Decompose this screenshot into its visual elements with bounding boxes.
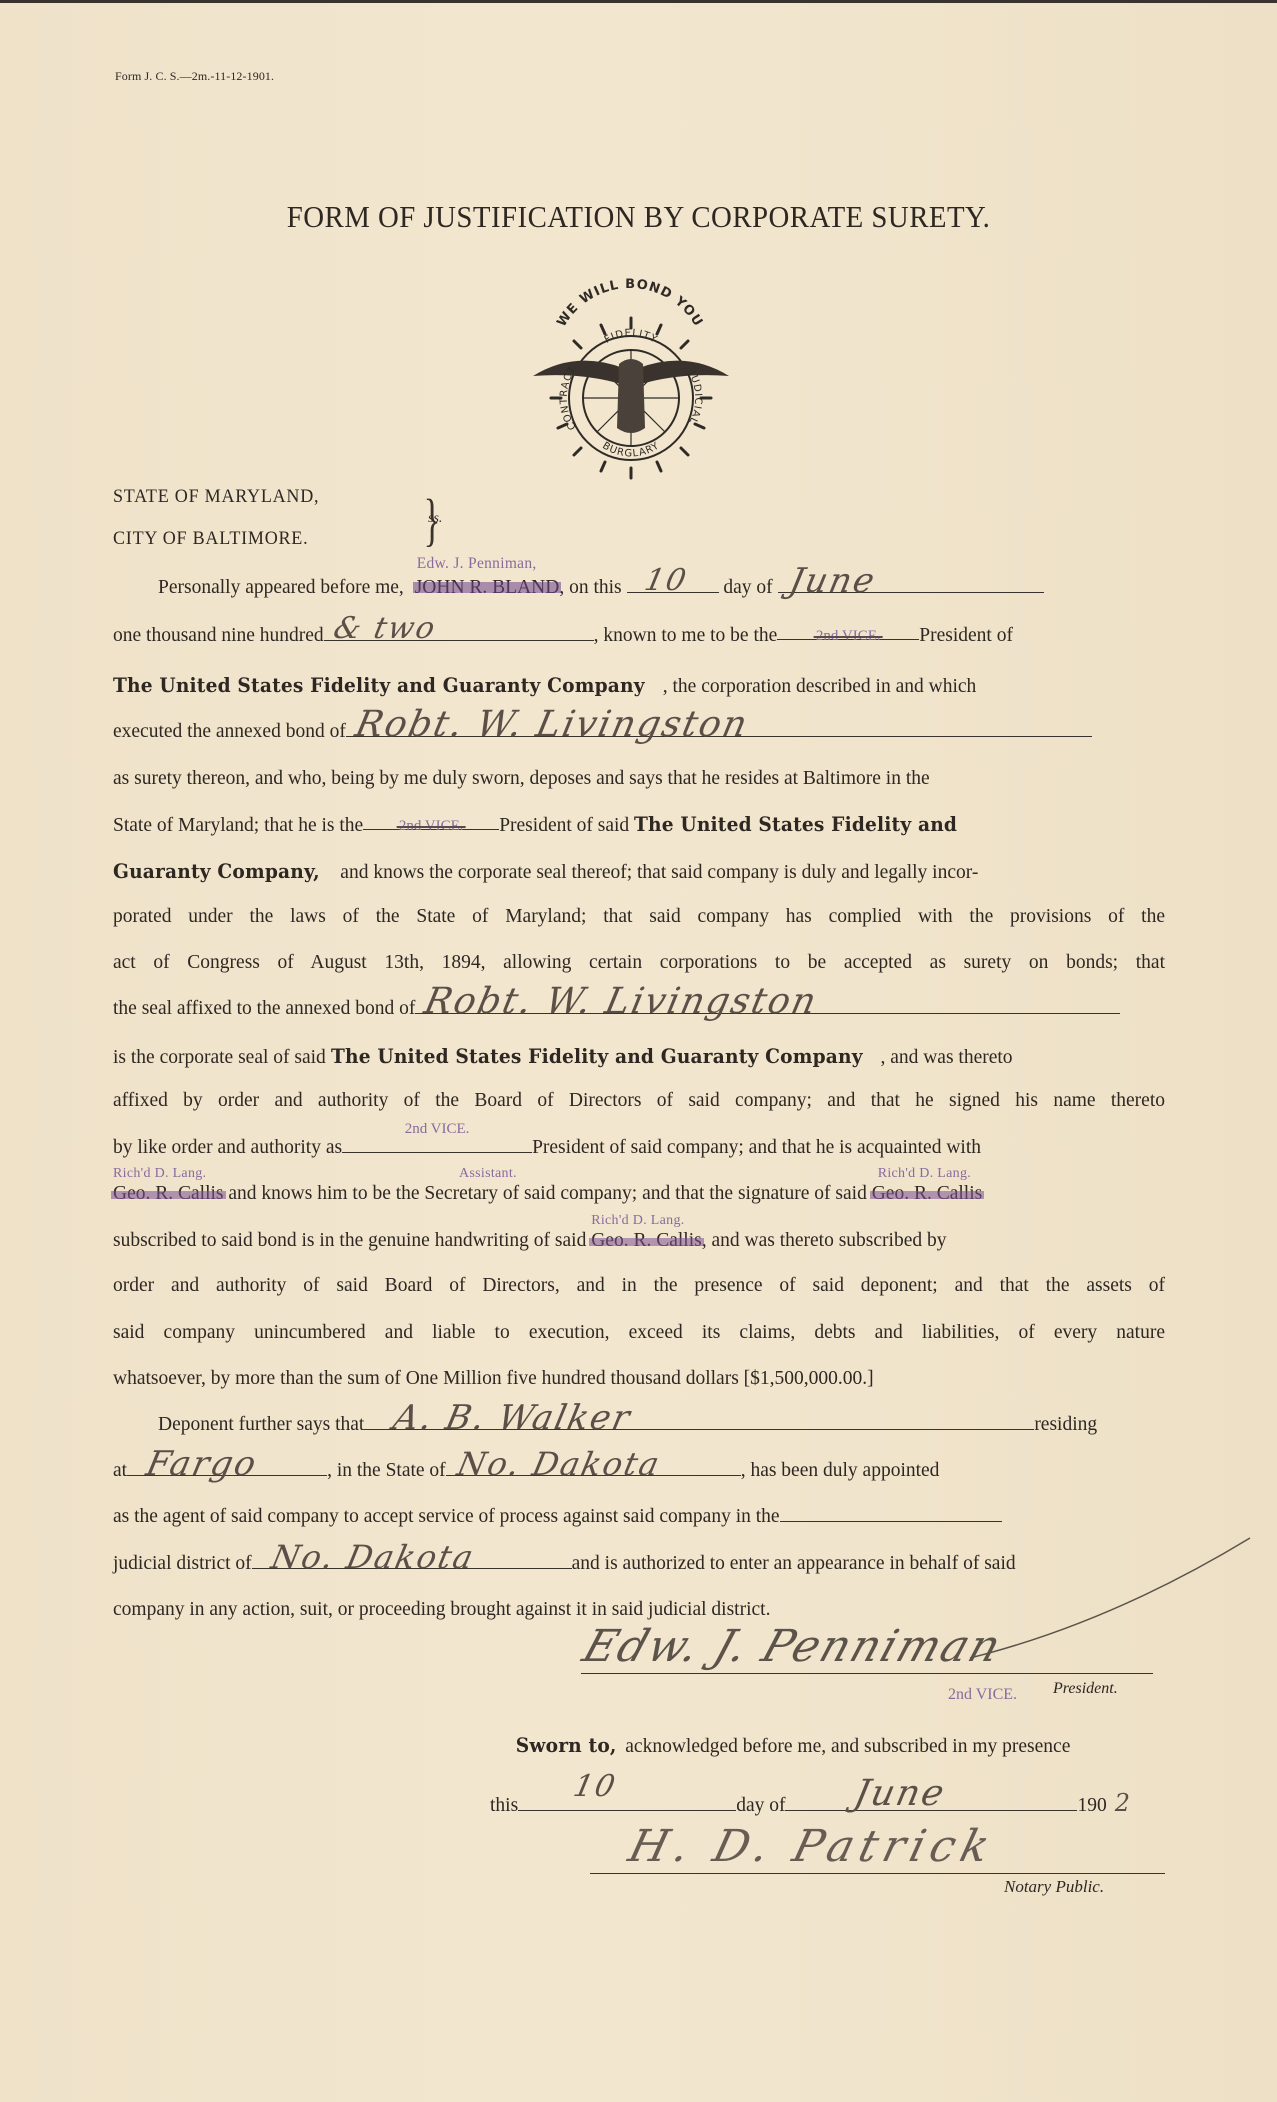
struck-secretary-name: Geo. R. Callis Rich'd D. Lang. (872, 1179, 983, 1209)
body-line-9: act of Congress of August 13th, 1894, al… (113, 948, 1165, 978)
body-line-8: porated under the laws of the State of M… (113, 902, 1165, 932)
stamp-office: 2nd VICE. (948, 1686, 1017, 1704)
agent-city-field[interactable]: Fargo (127, 1457, 327, 1476)
struck-officer-name: JOHN R. BLAND Edw. J. Penniman, (415, 573, 560, 603)
company-name: Guaranty Company, (113, 856, 320, 886)
notary-signature: H. D. Patrick (624, 1821, 1001, 1872)
body-line-3: The United States Fidelity and Guaranty … (113, 670, 1165, 700)
month-field[interactable]: June (778, 574, 1044, 593)
office-field-2[interactable]: 2nd VICE. (363, 811, 499, 830)
principal-field-1[interactable]: Robt. W. Livingston (346, 718, 1092, 737)
stamp-secretary-name: Rich'd D. Lang. (878, 1159, 971, 1189)
notary-signature-line[interactable] (590, 1873, 1165, 1874)
venue-city: CITY OF BALTIMORE. (113, 528, 308, 550)
body-line-4: executed the annexed bond ofRobt. W. Liv… (113, 717, 1165, 747)
office-field-3[interactable]: 2nd VICE. (342, 1134, 532, 1153)
company-name: The United States Fidelity and Guaranty … (331, 1041, 863, 1071)
svg-text:FIDELITY: FIDELITY (603, 328, 660, 346)
agent-state-field[interactable]: No. Dakota (446, 1457, 741, 1476)
body-line-15: subscribed to said bond is in the genuin… (113, 1226, 1165, 1256)
body-line-14: Geo. R. Callis Rich'd D. Lang. and knows… (113, 1179, 1165, 1209)
president-title: President. (1053, 1680, 1118, 1698)
stamp-assistant: Assistant. (459, 1159, 517, 1189)
venue-ss: ss. (428, 511, 442, 527)
principal-field-2[interactable]: Robt. W. Livingston (415, 995, 1120, 1014)
body-line-21: as the agent of said company to accept s… (113, 1502, 1165, 1532)
stamp-secretary-name: Rich'd D. Lang. (591, 1206, 684, 1236)
judicial-field-blank[interactable] (780, 1503, 1002, 1522)
jurat-year-suffix[interactable]: 2 (1115, 1789, 1132, 1817)
signature-flourish (960, 1533, 1260, 1663)
day-field[interactable]: 10 (627, 574, 719, 593)
company-seal-emblem: WE WILL BOND YOU FIDELITY CONTRACT JUDIC… (515, 268, 745, 483)
body-line-11: is the corporate seal of said The United… (113, 1041, 1165, 1071)
president-signature-line[interactable] (581, 1673, 1153, 1674)
company-name: The United States Fidelity and Guaranty … (113, 670, 645, 700)
year-field[interactable]: & two (324, 622, 594, 641)
body-line-18: whatsoever, by more than the sum of One … (113, 1364, 1165, 1394)
stamp-secretary-name: Rich'd D. Lang. (113, 1159, 206, 1189)
company-name: The United States Fidelity and (634, 809, 957, 839)
body-line-16: order and authority of said Board of Dir… (113, 1271, 1165, 1301)
office-field-1[interactable]: 2nd VICE. (777, 621, 919, 640)
form-number: Form J. C. S.—2m.-11-12-1901. (115, 69, 274, 84)
body-line-1: Personally appeared before me, JOHN R. B… (158, 573, 1165, 603)
body-line-2: one thousand nine hundred& two, known to… (113, 621, 1165, 651)
judicial-district-field[interactable]: No. Dakota (252, 1550, 572, 1569)
document-title: FORM OF JUSTIFICATION BY CORPORATE SURET… (45, 199, 1233, 235)
agent-name-field[interactable]: A. B. Walker (364, 1411, 1034, 1430)
body-line-13: by like order and authority as2nd VICE.P… (113, 1133, 1165, 1163)
venue-state: STATE OF MARYLAND, (113, 486, 319, 508)
body-line-19: Deponent further says thatA. B. Walkerre… (158, 1410, 1165, 1440)
president-signature: Edw. J. Penniman (577, 1621, 1009, 1672)
notary-title: Notary Public. (1004, 1877, 1104, 1897)
body-line-20: atFargo, in the State ofNo. Dakota, has … (113, 1456, 1165, 1486)
body-line-12: affixed by order and authority of the Bo… (113, 1086, 1165, 1116)
jurat-month-field[interactable]: June (785, 1792, 1077, 1811)
jurat-line: Sworn to, acknowledged before me, and su… (512, 1733, 1070, 1758)
sworn-to-label: Sworn to, (516, 1733, 617, 1757)
struck-secretary-name: Geo. R. Callis Rich'd D. Lang. (591, 1226, 702, 1256)
body-line-6: State of Maryland; that he is the2nd VIC… (113, 809, 1165, 839)
body-line-5: as surety thereon, and who, being by me … (113, 764, 1165, 794)
body-line-17: said company unincumbered and liable to … (113, 1318, 1165, 1348)
jurat-date-line: this10day ofJune1902 (490, 1789, 1124, 1819)
stamp-officer-name: Edw. J. Penniman, (417, 549, 537, 579)
body-line-7: Guaranty Company, and knows the corporat… (113, 856, 1165, 886)
struck-secretary-name: Geo. R. Callis Rich'd D. Lang. (113, 1179, 224, 1209)
document-page: Form J. C. S.—2m.-11-12-1901. FORM OF JU… (0, 3, 1277, 2102)
jurat-day-field[interactable]: 10 (518, 1792, 736, 1811)
body-line-10: the seal affixed to the annexed bond ofR… (113, 994, 1165, 1024)
